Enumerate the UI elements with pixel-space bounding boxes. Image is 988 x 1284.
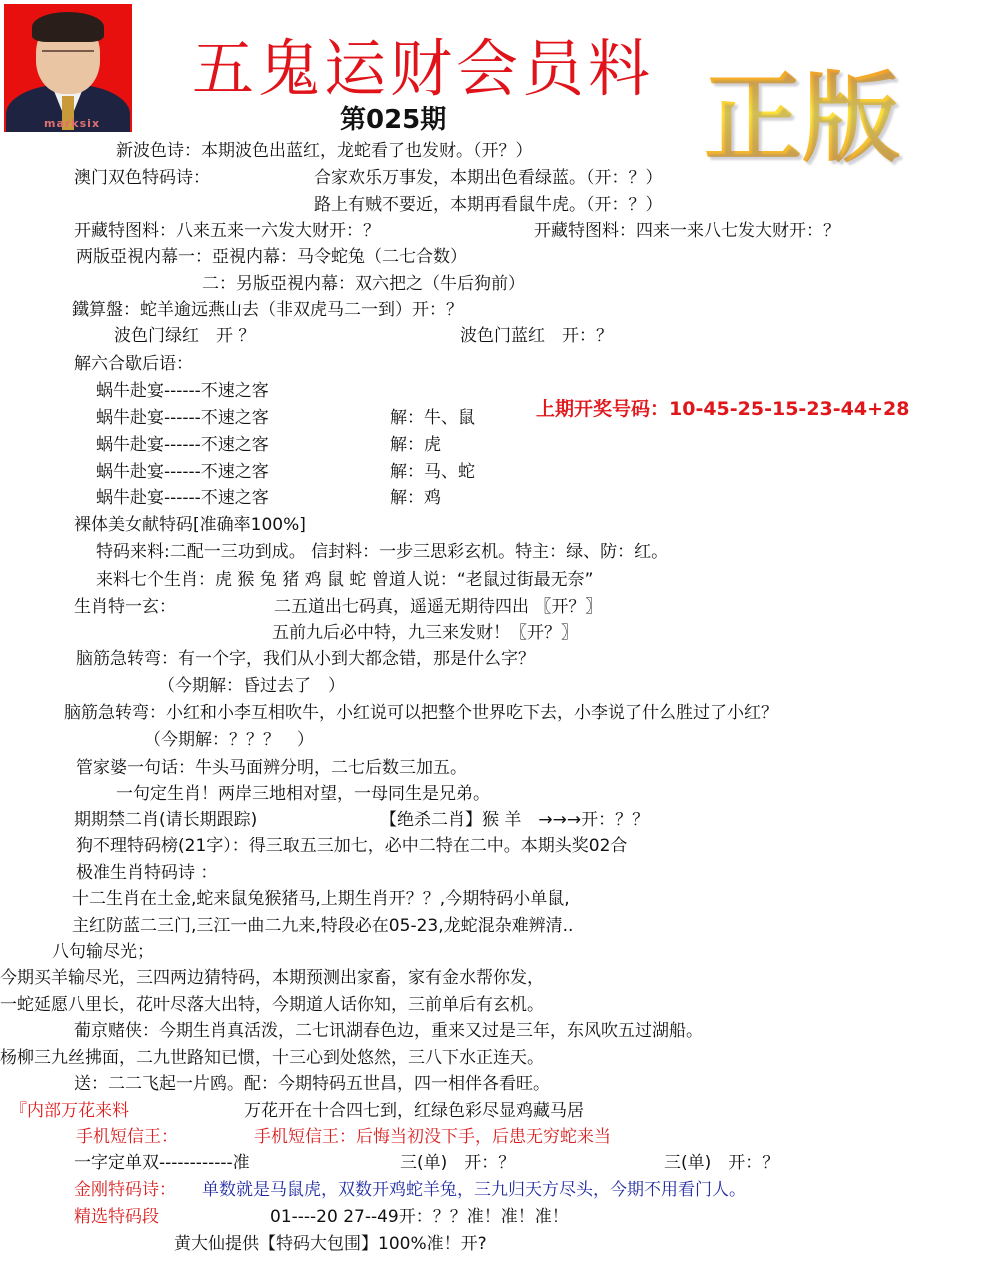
last-draw-numbers: 10-45-25-15-23-44+28 (669, 398, 909, 420)
hidden-chart-right: 开藏特图料：四来一来八七发大财开：？ (534, 220, 840, 242)
seven-zodiacs: 来料七个生肖：虎 猴 兔 猪 鸡 鼠 蛇 曾道人说：“老鼠过街最无奈” (96, 569, 593, 591)
authentic-badge: 正版 (704, 64, 900, 174)
odd-even-result-1: 三(单) 开：？ (400, 1152, 515, 1174)
gift-pairing: 送：二二飞起一片鸥。配：今期特码五世昌，四一相伴各看旺。 (74, 1073, 550, 1095)
zodiac-poem-line2: 主红防蓝二三门,三江一曲二九来,特段必在05-23,龙蛇混杂难辨清.. (72, 915, 573, 937)
diamond-poem-label: 金刚特码诗： (74, 1179, 176, 1201)
portrait-photo: marksix (4, 4, 132, 132)
wave-gate-right: 波色门蓝红 开：？ (460, 325, 613, 347)
macau-poem-line1: 合家欢乐万事发，本期出色看绿蓝。（开：？） (314, 167, 663, 189)
brain-teaser-1-answer: （今期解：昏过去了 ） (158, 675, 345, 697)
photo-hair (32, 12, 104, 42)
riddle-heading: 解六合歇后语： (74, 353, 193, 375)
internal-source-text: 万花开在十合四七到，红绿色彩尽显鸡藏马居 (244, 1100, 584, 1122)
iron-abacus: 鐵算盤：蛇羊逾远燕山去（非双虎马二一到）开：？ (72, 299, 463, 321)
brain-teaser-2-answer: （今期解：？？？ ） (144, 729, 314, 751)
riddle-question: 蜗牛赴宴------不速之客 (96, 487, 269, 509)
riddle-answer: 解：马、蛇 (390, 461, 475, 483)
wave-gate-left: 波色门绿红 开 ？ (114, 325, 255, 347)
macau-poem-label: 澳门双色特码诗： (74, 167, 210, 189)
housekeeper-saying: 管家婆一句话：牛头马面辨分明，二七后数三加五。 (76, 757, 467, 779)
internal-source-label: 『内部万花来料 (10, 1100, 129, 1122)
zodiac-mystery-line2: 五前九后必中特，九三来发财！〖开？〗 (272, 622, 578, 644)
macau-poem-line2: 路上有贼不要近，本期再看鼠牛虎。（开：？） (314, 194, 663, 216)
diamond-poem-text: 单数就是马鼠虎，双数开鸡蛇羊兔，三九归天方尽头，今期不用看门人。 (202, 1179, 746, 1201)
selected-range-values: 01----20 27--49开：？？准！准！准！ (270, 1206, 569, 1228)
special-code-source: 特码来料:二配一三功到成。 信封料：一步三思彩玄机。特主：绿、防：红。 (96, 541, 668, 563)
accuracy-claim: 裸体美女献特码[准确率100%] (74, 514, 306, 536)
page-title: 五鬼运财会员料 (192, 34, 654, 104)
hidden-chart-left: 开藏特图料：八来五来一六发大财开：？ (74, 220, 380, 242)
willow-poem: 杨柳三九丝拂面，二九世路知已惯，十三心到处悠然，三八下水正连天。 (0, 1047, 544, 1069)
riddle-question: 蜗牛赴宴------不速之客 (96, 434, 269, 456)
last-draw-results: 上期开奖号码：10-45-25-15-23-44+28 (536, 397, 909, 421)
one-line-zodiac: 一句定生肖！两岸三地相对望，一母同生是兄弟。 (116, 783, 490, 805)
sms-king-text: 手机短信王：后悔当初没下手，后患无穷蛇来当 (254, 1126, 611, 1148)
casino-hero-poem: 葡京赌侠：今期生肖真活泼，二七讯湖春色边，重来又过是三年，东风吹五过湖船。 (74, 1020, 703, 1042)
selected-range-label: 精选特码段 (74, 1206, 159, 1228)
issue-number: 第025期 (340, 104, 446, 136)
eight-lines-heading: 八句输尽光； (52, 941, 154, 963)
riddle-question: 蜗牛赴宴------不速之客 (96, 461, 269, 483)
sms-king-label: 手机短信王： (76, 1126, 178, 1148)
eight-lines-2: 一蛇延愿八里长，花叶尽落大出特，今期道人话你知，三前单后有玄机。 (0, 994, 544, 1016)
wong-tai-sin-offer: 黄大仙提供【特码大包围】100%准！开? (174, 1233, 487, 1255)
atv-insider-1: 两版亞視内幕一：亞視内幕：马令蛇兔（二七合数） (76, 246, 467, 268)
riddle-answer: 解：虎 (390, 434, 441, 456)
brain-teaser-2: 脑筋急转弯：小红和小李互相吹牛，小红说可以把整个世界吃下去，小李说了什么胜过了小… (64, 702, 778, 724)
zodiac-poem-heading: 极准生肖特码诗 ： (76, 862, 217, 884)
banned-zodiacs: 【绝杀二肖】猴 羊 →→→开：？？ (380, 809, 649, 831)
zodiac-mystery-line1: 二五道出七码真，遥遥无期待四出 〖开？〗 (274, 596, 602, 618)
riddle-question: 蜗牛赴宴------不速之客 (96, 407, 269, 429)
eight-lines-1: 今期买羊输尽光，三四两边猜特码，本期预测出家畜，家有金水帮你发， (0, 967, 544, 989)
atv-insider-2: 二：另版亞視内幕：双六把之（牛后狗前） (202, 273, 525, 295)
photo-glasses (42, 50, 94, 60)
riddle-question: 蜗牛赴宴------不速之客 (96, 380, 269, 402)
goubuli-list: 狗不理特码榜(21字）：得三取五三加七，必中二特在二中。本期头奖02合 (76, 835, 627, 857)
riddle-answer: 解：鸡 (390, 487, 441, 509)
banned-zodiacs-label: 期期禁二肖(请长期跟踪) (74, 809, 257, 831)
zodiac-mystery-label: 生肖特一玄： (74, 596, 176, 618)
wave-color-poem: 新波色诗：本期波色出蓝红，龙蛇看了也发财。（开？） (116, 140, 533, 162)
odd-even-label: 一字定单双------------准 (74, 1152, 250, 1174)
photo-watermark: marksix (44, 117, 100, 130)
riddle-answer: 解：牛、鼠 (390, 407, 475, 429)
zodiac-poem-line1: 十二生肖在土金,蛇来鼠兔猴猪马,上期生肖开？？,今期特码小单鼠, (72, 888, 570, 910)
brain-teaser-1: 脑筋急转弯：有一个字，我们从小到大都念错，那是什么字？ (76, 648, 535, 670)
last-draw-label: 上期开奖号码： (536, 398, 669, 420)
odd-even-result-2: 三(单) 开：？ (664, 1152, 779, 1174)
